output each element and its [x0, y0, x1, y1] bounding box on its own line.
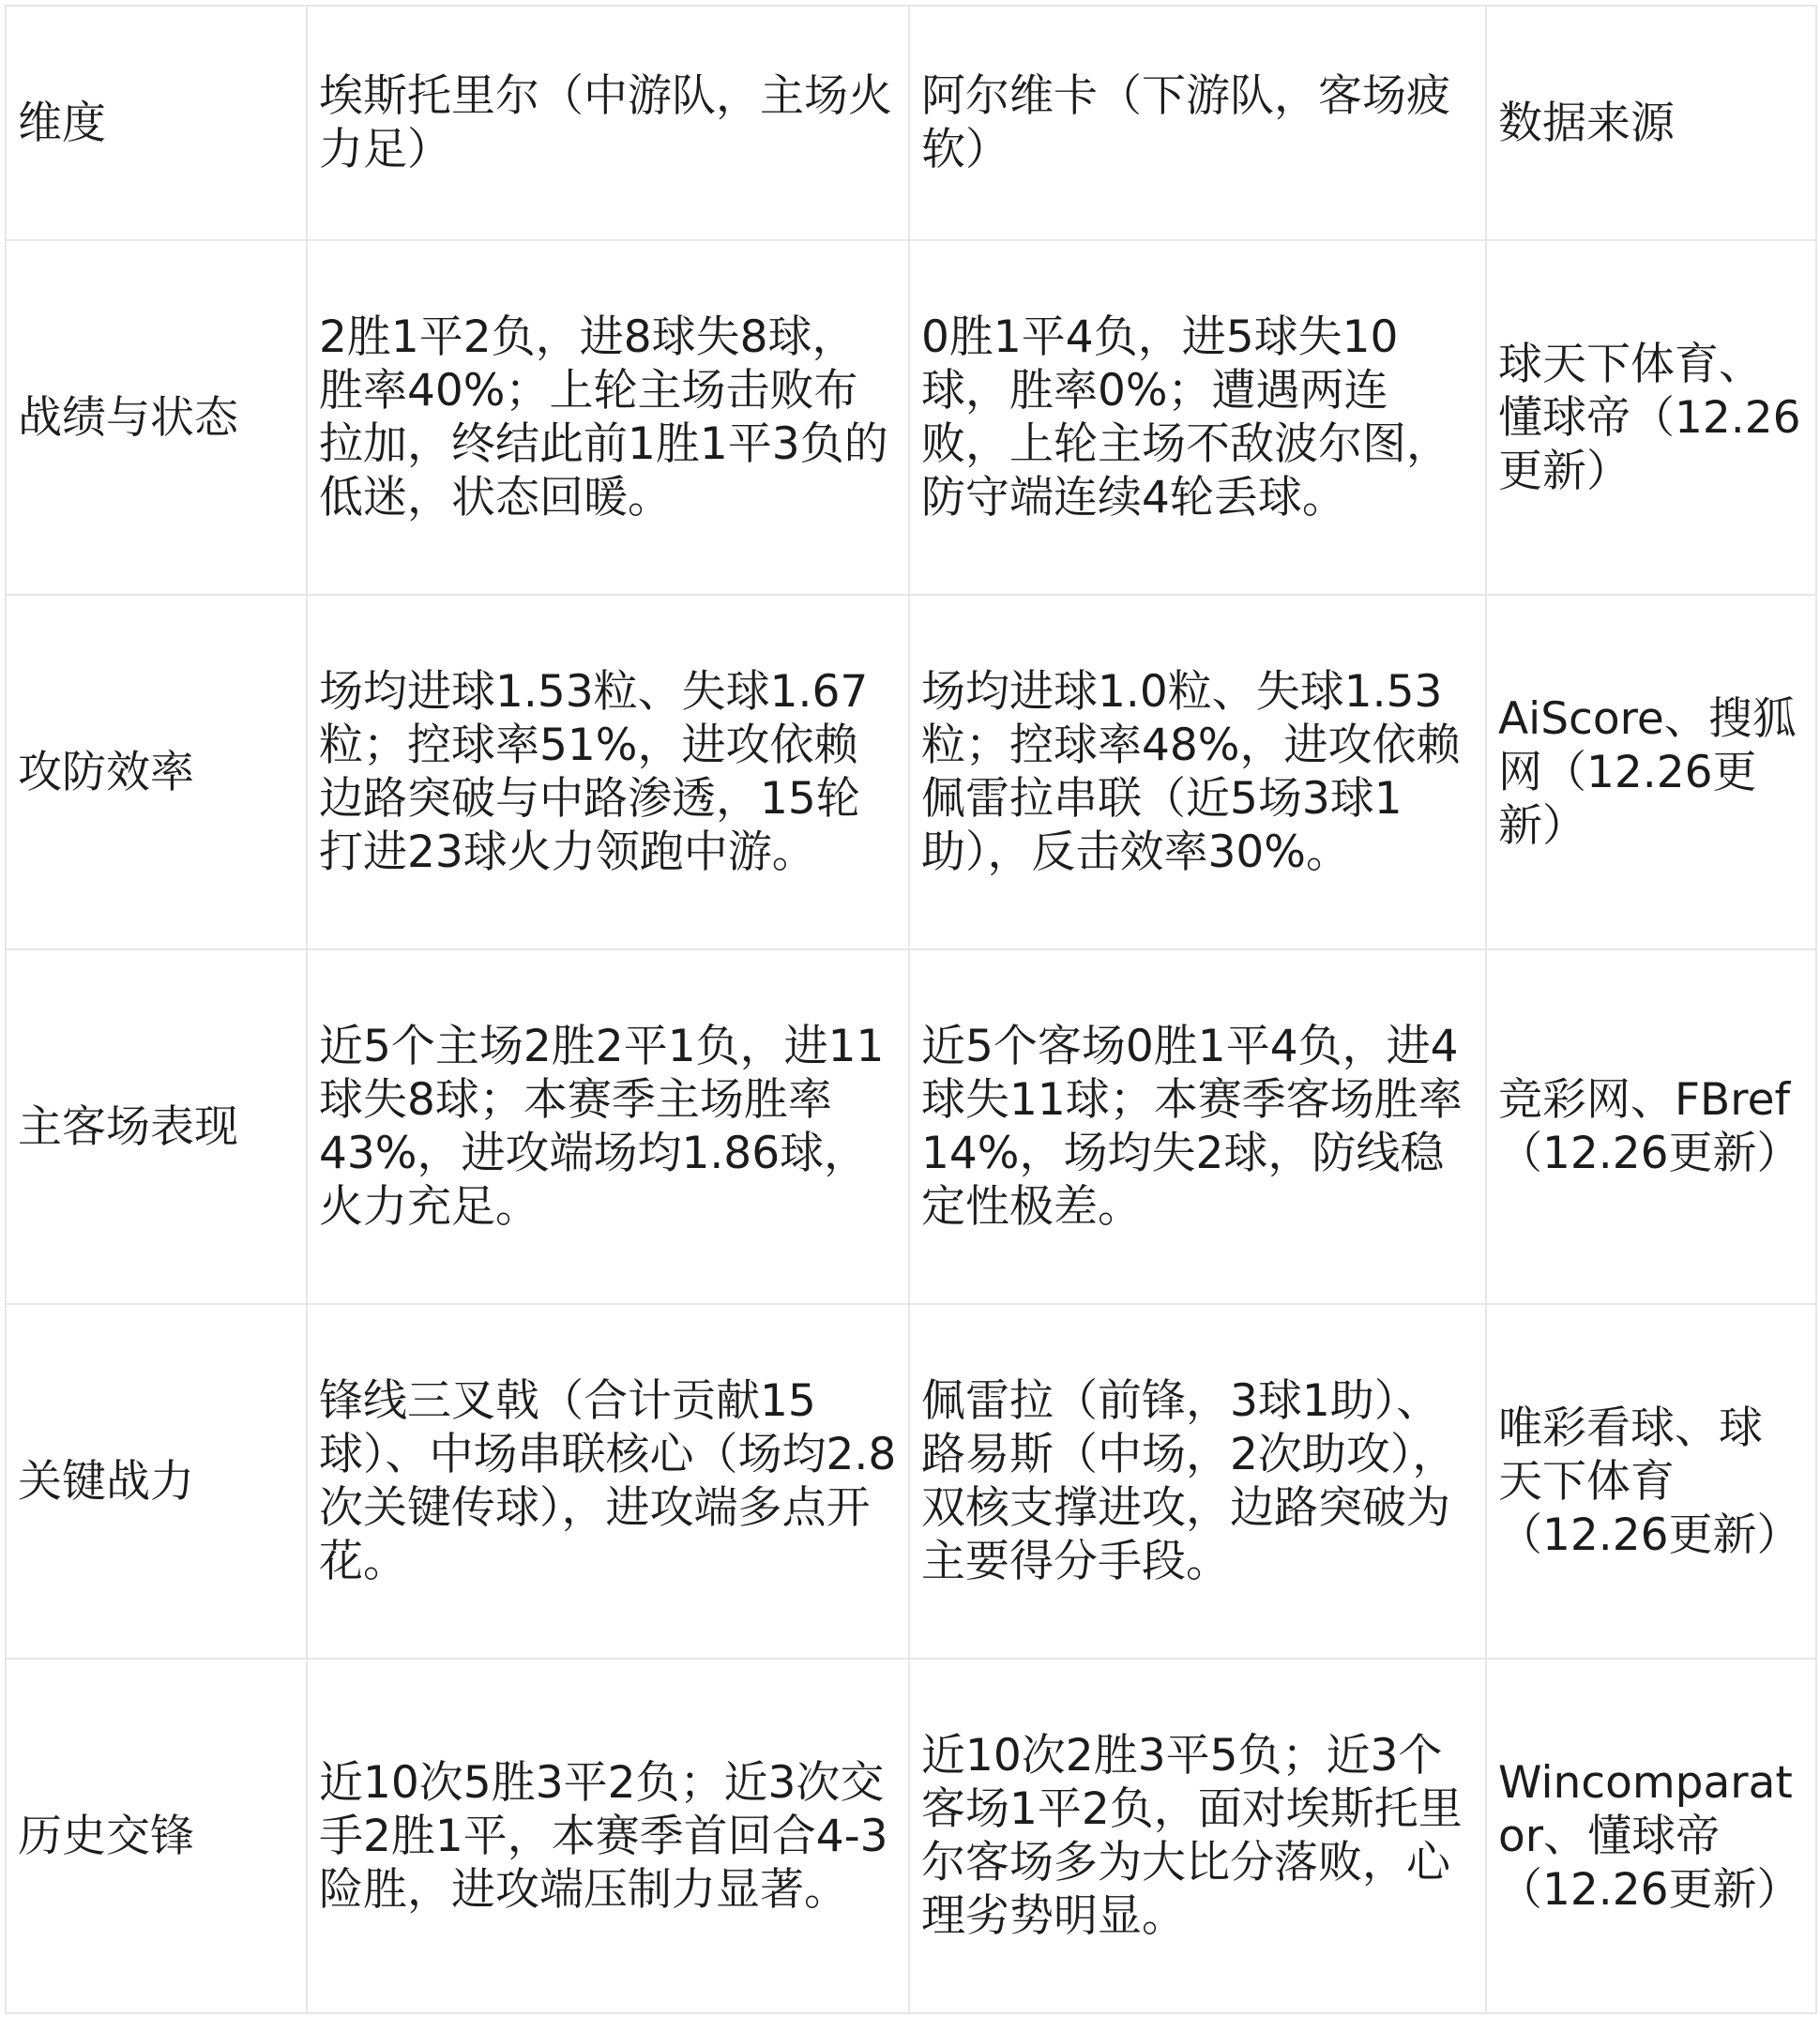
- home-team-cell: 2胜1平2负，进8球失8球，胜率40%；上轮主场击败布拉加，终结此前1胜1平3负…: [307, 240, 909, 595]
- source-cell: 唯彩看球、球天下体育（12.26更新）: [1486, 1304, 1816, 1659]
- dimension-cell: 主客场表现: [6, 949, 307, 1304]
- table-row: 历史交锋近10次5胜3平2负；近3次交手2胜1平，本赛季首回合4-3险胜，进攻端…: [6, 1659, 1816, 2013]
- home-team-cell: 锋线三叉戟（合计贡献15球）、中场串联核心（场均2.8次关键传球），进攻端多点开…: [307, 1304, 909, 1659]
- column-header-home-team: 埃斯托里尔（中游队，主场火力足）: [307, 6, 909, 240]
- dimension-cell: 战绩与状态: [6, 240, 307, 595]
- source-cell: 球天下体育、懂球帝（12.26更新）: [1486, 240, 1816, 595]
- source-cell: AiScore、搜狐网（12.26更新）: [1486, 595, 1816, 949]
- column-header-dimension: 维度: [6, 6, 307, 240]
- dimension-cell: 关键战力: [6, 1304, 307, 1659]
- away-team-cell: 场均进球1.0粒、失球1.53粒；控球率48%，进攻依赖佩雷拉串联（近5场3球1…: [909, 595, 1486, 949]
- home-team-cell: 近5个主场2胜2平1负，进11球失8球；本赛季主场胜率43%，进攻端场均1.86…: [307, 949, 909, 1304]
- source-cell: 竞彩网、FBref（12.26更新）: [1486, 949, 1816, 1304]
- table-row: 主客场表现近5个主场2胜2平1负，进11球失8球；本赛季主场胜率43%，进攻端场…: [6, 949, 1816, 1304]
- away-team-cell: 佩雷拉（前锋，3球1助）、路易斯（中场，2次助攻），双核支撑进攻，边路突破为主要…: [909, 1304, 1486, 1659]
- table-row: 攻防效率场均进球1.53粒、失球1.67粒；控球率51%，进攻依赖边路突破与中路…: [6, 595, 1816, 949]
- table-body: 战绩与状态2胜1平2负，进8球失8球，胜率40%；上轮主场击败布拉加，终结此前1…: [6, 240, 1816, 2013]
- table-row: 关键战力锋线三叉戟（合计贡献15球）、中场串联核心（场均2.8次关键传球），进攻…: [6, 1304, 1816, 1659]
- source-cell: Wincomparator、懂球帝（12.26更新）: [1486, 1659, 1816, 2013]
- table-header-row: 维度 埃斯托里尔（中游队，主场火力足） 阿尔维卡（下游队，客场疲软） 数据来源: [6, 6, 1816, 240]
- away-team-cell: 近10次2胜3平5负；近3个客场1平2负，面对埃斯托里尔客场多为大比分落败，心理…: [909, 1659, 1486, 2013]
- dimension-cell: 历史交锋: [6, 1659, 307, 2013]
- home-team-cell: 近10次5胜3平2负；近3次交手2胜1平，本赛季首回合4-3险胜，进攻端压制力显…: [307, 1659, 909, 2013]
- away-team-cell: 近5个客场0胜1平4负，进4球失11球；本赛季客场胜率14%，场均失2球，防线稳…: [909, 949, 1486, 1304]
- column-header-data-source: 数据来源: [1486, 6, 1816, 240]
- comparison-table: 维度 埃斯托里尔（中游队，主场火力足） 阿尔维卡（下游队，客场疲软） 数据来源 …: [5, 5, 1817, 2014]
- home-team-cell: 场均进球1.53粒、失球1.67粒；控球率51%，进攻依赖边路突破与中路渗透，1…: [307, 595, 909, 949]
- dimension-cell: 攻防效率: [6, 595, 307, 949]
- table-row: 战绩与状态2胜1平2负，进8球失8球，胜率40%；上轮主场击败布拉加，终结此前1…: [6, 240, 1816, 595]
- column-header-away-team: 阿尔维卡（下游队，客场疲软）: [909, 6, 1486, 240]
- away-team-cell: 0胜1平4负，进5球失10球，胜率0%；遭遇两连败，上轮主场不敌波尔图，防守端连…: [909, 240, 1486, 595]
